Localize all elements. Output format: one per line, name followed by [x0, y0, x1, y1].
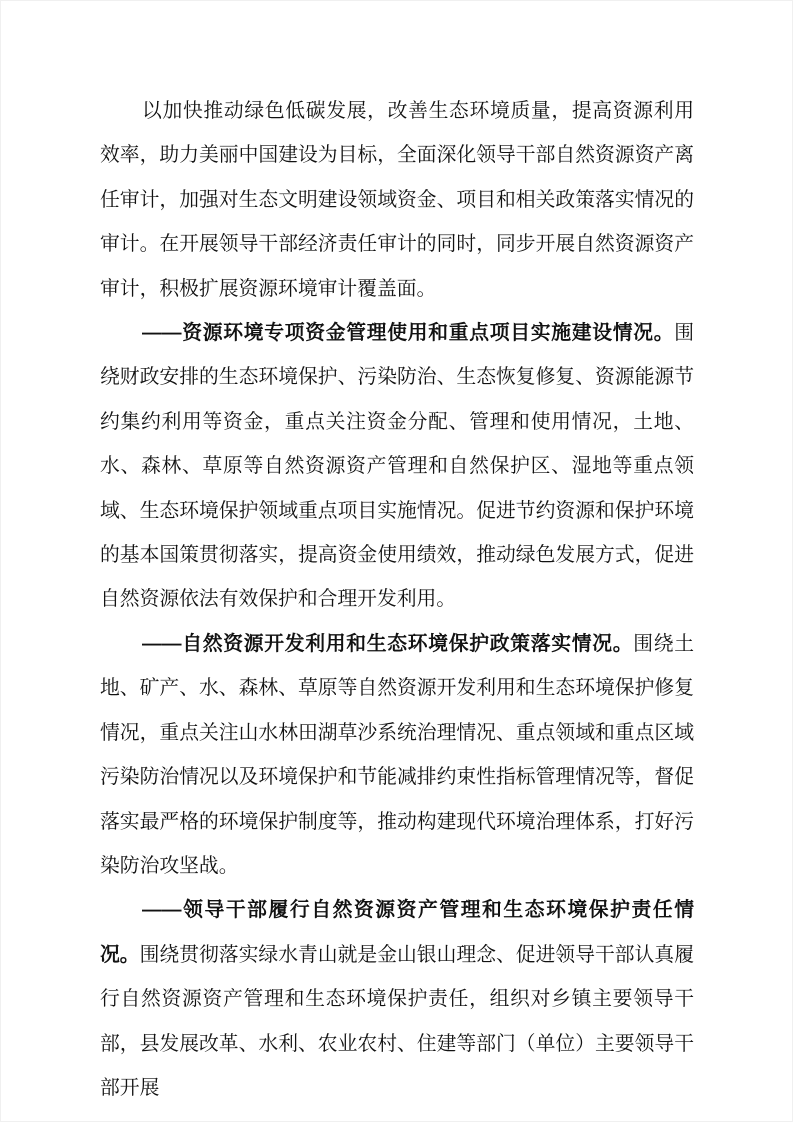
paragraph-lead-bold: ——自然资源开发利用和生态环境保护政策落实情况。 — [142, 633, 633, 655]
document-body: 以加快推动绿色低碳发展，改善生态环境质量，提高资源利用效率，助力美丽中国建设为目… — [100, 89, 694, 1110]
paragraph-text: 以加快推动绿色低碳发展，改善生态环境质量，提高资源利用效率，助力美丽中国建设为目… — [100, 100, 694, 300]
paragraph: ——资源环境专项资金管理使用和重点项目实施建设情况。围绕财政安排的生态环境保护、… — [100, 311, 694, 622]
paragraph-text: 围绕财政安排的生态环境保护、污染防治、生态恢复修复、资源能源节约集约利用等资金，… — [100, 322, 694, 610]
paragraph-text: 围绕贯彻落实绿水青山就是金山银山理念、促进领导干部认真履行自然资源资产管理和生态… — [100, 944, 694, 1099]
document-page: 以加快推动绿色低碳发展，改善生态环境质量，提高资源利用效率，助力美丽中国建设为目… — [0, 0, 793, 1122]
paragraph: 以加快推动绿色低碳发展，改善生态环境质量，提高资源利用效率，助力美丽中国建设为目… — [100, 89, 694, 311]
paragraph-text: 围绕土地、矿产、水、森林、草原等自然资源开发利用和生态环境保护修复情况，重点关注… — [100, 633, 694, 877]
paragraph-lead-bold: ——资源环境专项资金管理使用和重点项目实施建设情况。 — [142, 322, 674, 344]
paragraph: ——自然资源开发利用和生态环境保护政策落实情况。围绕土地、矿产、水、森林、草原等… — [100, 622, 694, 888]
paragraph: ——领导干部履行自然资源资产管理和生态环境保护责任情况。围绕贯彻落实绿水青山就是… — [100, 888, 694, 1110]
